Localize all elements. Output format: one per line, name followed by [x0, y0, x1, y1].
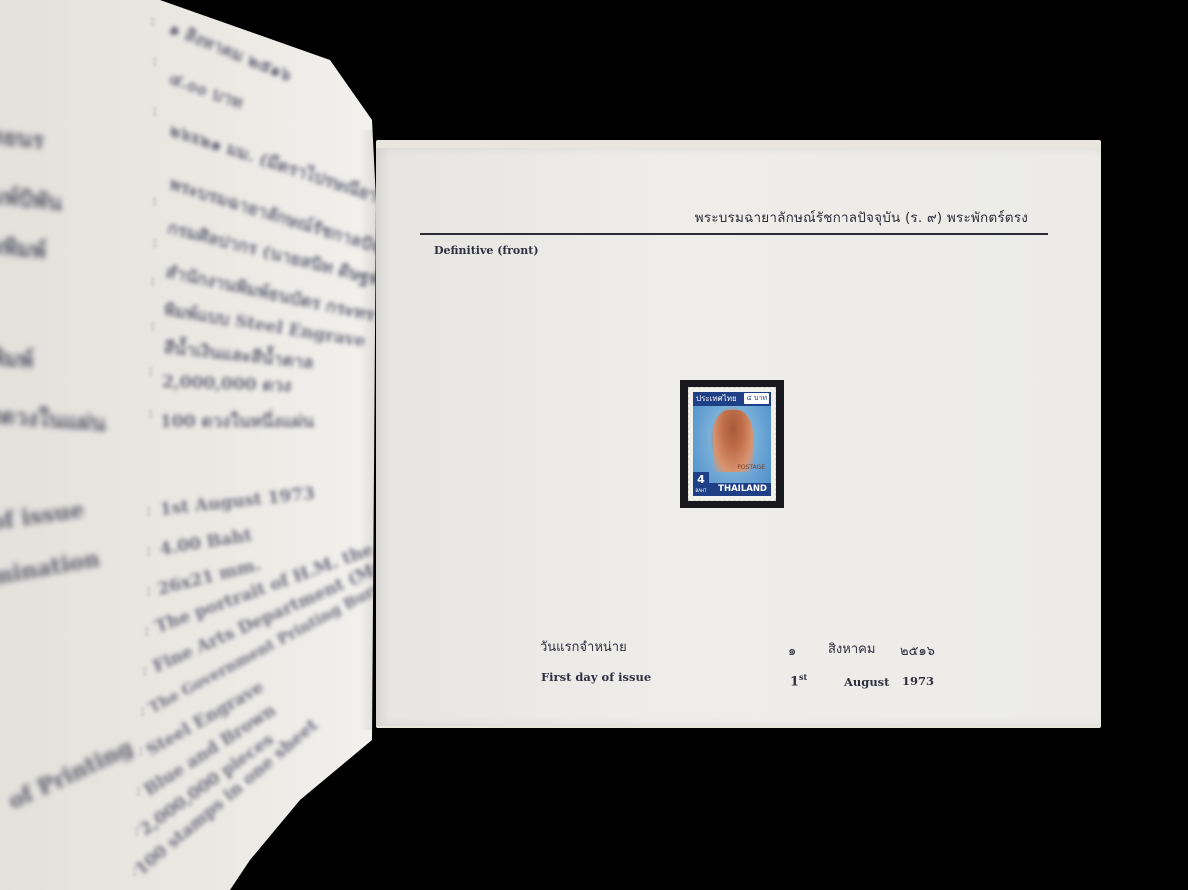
- right-page: พระบรมฉายาลักษณ์รัชกาลปัจจุบัน (ร. ๙) พร…: [376, 148, 1100, 726]
- postage-stamp: ประเทศไทย ๔ บาท POSTAGE THAILAND 4 BAHT: [688, 387, 776, 501]
- page-title: พระบรมฉายาลักษณ์รัชกาลปัจจุบัน (ร. ๙) พร…: [695, 206, 1028, 228]
- left-value-thai: ๔.๐๐ บาท: [165, 65, 247, 117]
- left-label-thai: พิมพ์: [0, 340, 35, 378]
- stamp-image: ประเทศไทย ๔ บาท POSTAGE THAILAND 4 BAHT: [693, 392, 771, 496]
- first-day-label-thai: วันแรกจำหน่าย: [540, 636, 627, 657]
- stamp-denomination: 4 BAHT: [693, 472, 709, 496]
- left-label-thai: มพ์บิพัน: [0, 178, 64, 220]
- left-label-thai: ดยนร: [0, 118, 46, 158]
- first-day-month-thai: สิงหาคม: [828, 638, 875, 659]
- stamp-country-thai: ประเทศไทย: [696, 394, 737, 403]
- stamp-type-label: Definitive (front): [434, 244, 539, 257]
- left-page: ดยนร มพ์บิพัน ผพิมพ์ พิมพ์ งดวงในแผ่น of…: [0, 0, 380, 890]
- stamp-mount: ประเทศไทย ๔ บาท POSTAGE THAILAND 4 BAHT: [680, 380, 784, 508]
- left-value-en: 1st August 1973: [159, 484, 316, 520]
- first-day-day-en: 1st: [790, 672, 807, 689]
- king-portrait-icon: [713, 410, 753, 472]
- stamp-top-banner: ประเทศไทย ๔ บาท: [693, 392, 771, 406]
- left-value-en: 4.00 Baht: [158, 526, 253, 560]
- first-day-label-en: First day of issue: [541, 670, 651, 684]
- first-day-day-thai: ๑: [788, 640, 796, 661]
- first-day-year-en: 1973: [902, 674, 934, 688]
- left-label-en: of issue: [0, 497, 86, 536]
- stamp-postage-label: POSTAGE: [737, 464, 765, 471]
- header-rule: [420, 233, 1048, 235]
- stamp-value-thai: ๔ บาท: [744, 393, 769, 404]
- first-day-month-en: August: [844, 675, 889, 689]
- left-label-thai: ผพิมพ์: [0, 228, 48, 269]
- left-value-thai: 2,000,000 ดวง: [162, 368, 292, 400]
- left-label-en: mination: [0, 546, 102, 591]
- first-day-year-thai: ๒๕๑๖: [900, 640, 935, 661]
- left-label-thai: งดวงในแผ่น: [0, 398, 107, 441]
- left-label-en: of Printing: [5, 735, 138, 815]
- left-value-thai: 100 ดวงในหนึ่งแผ่น: [160, 408, 314, 435]
